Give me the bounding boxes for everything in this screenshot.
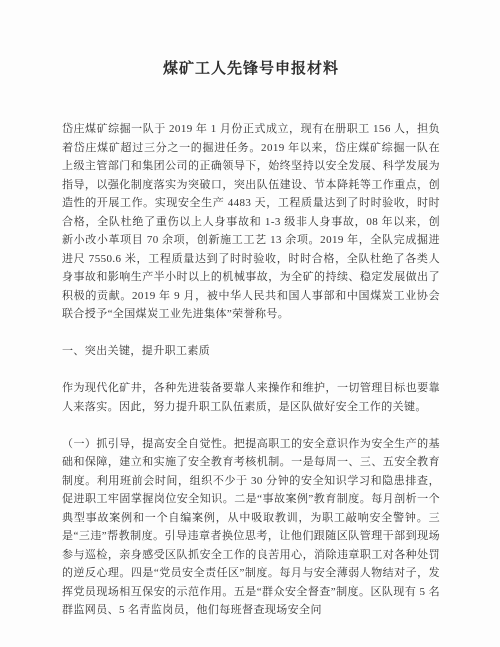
section-1-paragraph-1: 作为现代化矿井，各种先进装备要靠人来操作和维护，一切管理目标也要靠人来落实。因此… xyxy=(62,379,440,416)
section-1-paragraph-2: （一）抓引导，提高安全自觉性。把提高职工的安全意识作为安全生产的基础和保障，建立… xyxy=(62,435,440,620)
section-1-heading: 一、突出关键，提升职工素质 xyxy=(62,342,440,361)
document-title: 煤矿工人先锋号申报材料 xyxy=(62,59,440,80)
intro-paragraph: 岱庄煤矿综掘一队于 2019 年 1 月份正式成立，现有在册职工 156 人，担… xyxy=(62,120,440,324)
document-page: 煤矿工人先锋号申报材料 岱庄煤矿综掘一队于 2019 年 1 月份正式成立，现有… xyxy=(0,0,500,647)
